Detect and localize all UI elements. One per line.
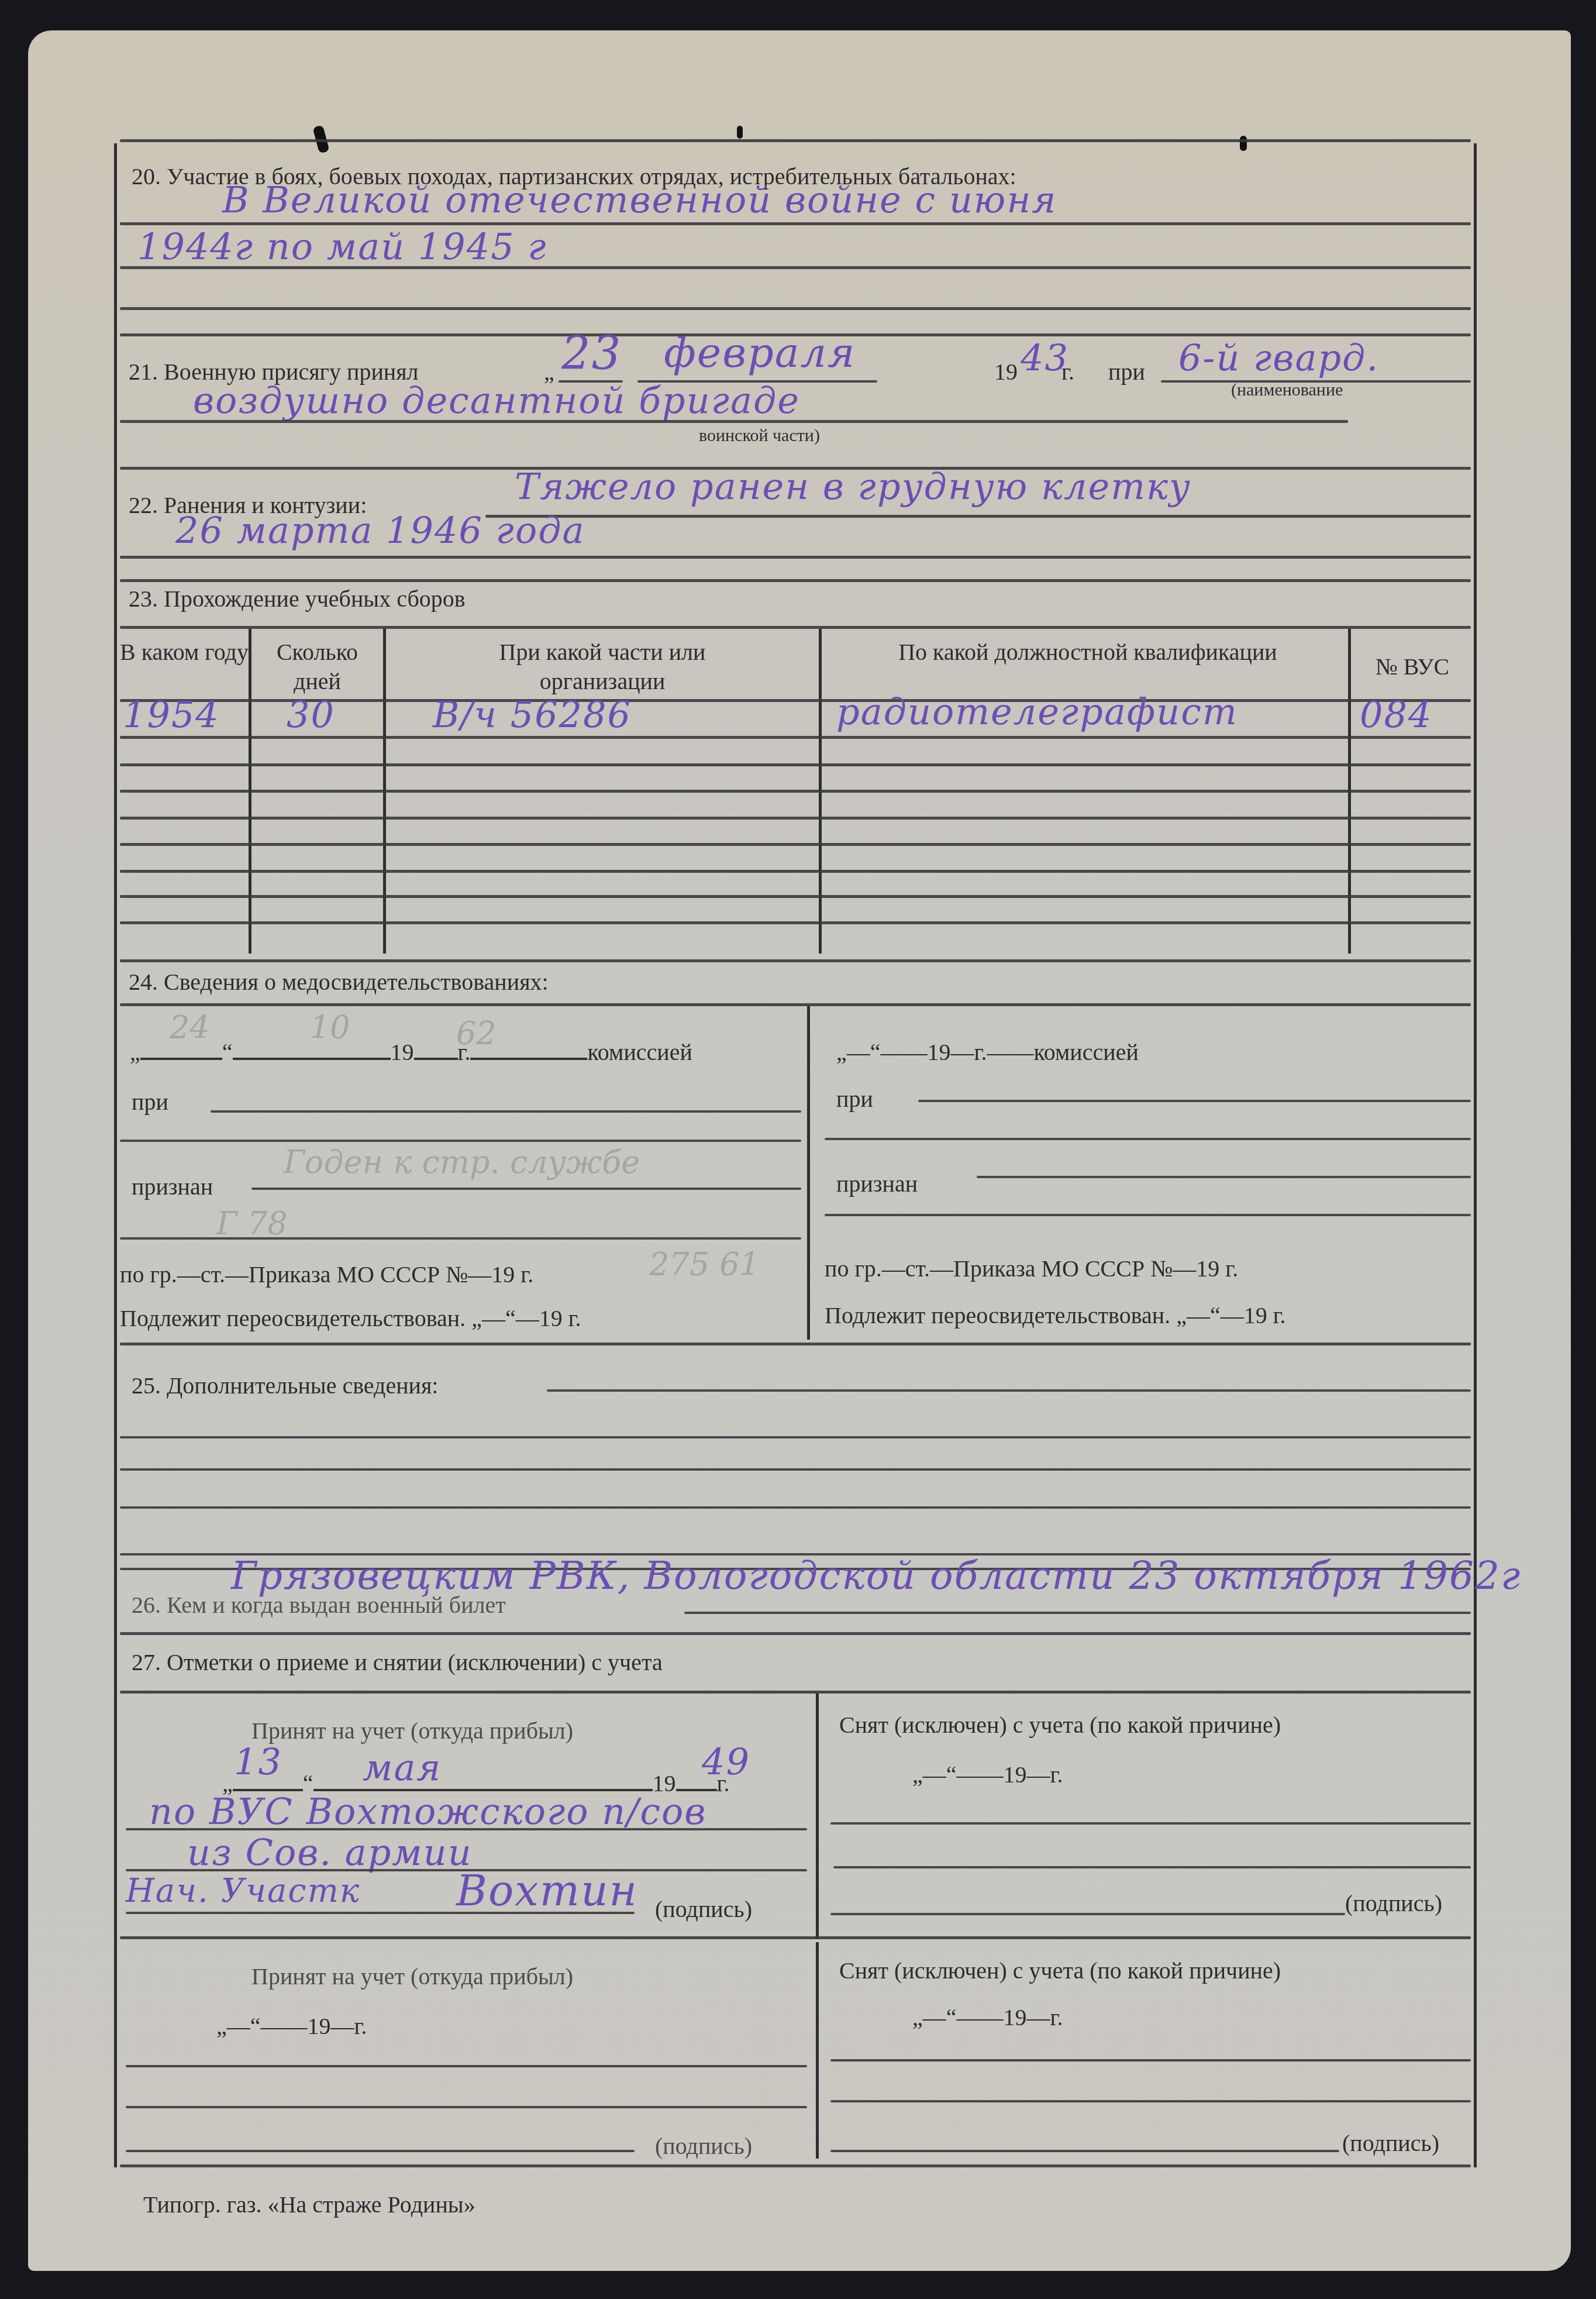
med-left-group-pencil: Г 78 xyxy=(216,1205,288,1242)
col-header-unit: При какой части или организации xyxy=(444,638,760,696)
ticket-issued-by: Грязовецким РВК, Вологодской области 23 … xyxy=(231,1553,1521,1598)
rule xyxy=(830,1913,1345,1915)
rule xyxy=(830,2059,1471,2061)
med-left-date-line: „“19г.комиссией xyxy=(130,1038,692,1066)
year-unit: г. xyxy=(1061,358,1074,386)
accepted-1-month: мая xyxy=(363,1746,442,1789)
accepted-2-date: „—“——19—г. xyxy=(216,2012,367,2040)
rule xyxy=(120,1237,801,1240)
rule xyxy=(120,1632,1471,1635)
oath-month: февраля xyxy=(664,329,856,377)
frame-bottom xyxy=(120,2164,1471,2167)
accepted-1-line1: по ВУС Вохтожского п/сов xyxy=(149,1790,706,1833)
rule xyxy=(211,1110,801,1113)
table-cell-year: 1954 xyxy=(123,693,220,736)
rule xyxy=(830,1822,1471,1825)
med-left-declared-value: Годен к стр. службе xyxy=(284,1144,640,1181)
accepted-1-day: 13 xyxy=(234,1740,282,1783)
rule xyxy=(485,515,1471,518)
col-header-year: В каком году xyxy=(120,638,249,667)
wounds-line1: Тяжело ранен в грудную клетку xyxy=(515,465,1191,508)
col-header-qualification: По какой должностной квалификации xyxy=(889,638,1287,667)
rule xyxy=(120,1936,1471,1939)
section-20-value-line1: В Великой отечественной войне с июня xyxy=(222,178,1057,221)
wounds-line2: 26 марта 1946 года xyxy=(175,509,585,552)
unit-hint-1: (наименование xyxy=(1231,380,1343,400)
table-top xyxy=(120,626,1471,629)
rule xyxy=(120,1436,1471,1438)
table-row-line xyxy=(120,763,1471,766)
col-header-vus: № ВУС xyxy=(1351,652,1474,682)
med-left-month: 10 xyxy=(310,1009,350,1046)
accepted-1-year: 49 xyxy=(702,1740,750,1783)
rule xyxy=(120,1468,1471,1471)
removed-2-date: „—“——19—г. xyxy=(912,2004,1063,2031)
med-left-at: при xyxy=(132,1088,168,1116)
rule xyxy=(830,2100,1471,2102)
frame-top xyxy=(120,139,1471,142)
signature-label: (подпись) xyxy=(655,1895,752,1923)
med-left-year: 62 xyxy=(456,1015,497,1052)
med-right-date-line: „—“——19—г.——комиссией xyxy=(836,1038,1139,1066)
rule xyxy=(126,1828,807,1830)
signature-label: (подпись) xyxy=(655,2132,752,2160)
rule xyxy=(120,579,1471,582)
accepted-1-line2: из Сов. армии xyxy=(187,1831,473,1874)
med-left-day: 24 xyxy=(170,1009,210,1046)
table-cell-vus: 084 xyxy=(1360,693,1432,736)
punch-hole xyxy=(737,126,743,139)
rule xyxy=(120,1140,801,1142)
punch-hole xyxy=(1240,136,1247,151)
section-27-divider xyxy=(816,1694,819,1939)
table-row-line xyxy=(120,843,1471,846)
rule xyxy=(547,1389,1471,1392)
accepted-label-2: Принят на учет (откуда прибыл) xyxy=(251,1963,573,1990)
rule xyxy=(684,1612,1471,1614)
med-left-order-pencil: 275 61 xyxy=(649,1246,760,1283)
signature-label: (подпись) xyxy=(1345,1890,1442,1917)
med-right-recheck: Подлежит переосвидетельствован. „—“—19 г… xyxy=(825,1302,1286,1329)
rule xyxy=(120,1003,1471,1006)
section-27-divider xyxy=(816,1942,819,2159)
rule xyxy=(120,556,1471,559)
med-left-declared-label: признан xyxy=(132,1173,213,1200)
med-right-at: при xyxy=(836,1085,873,1113)
accepted-1-signature: Вохтин xyxy=(456,1866,638,1915)
med-right-group-line: по гр.—ст.—Приказа МО СССР №—19 г. xyxy=(825,1255,1238,1282)
rule xyxy=(830,2150,1339,2152)
table-row-line xyxy=(120,817,1471,820)
col-header-days: Сколько дней xyxy=(251,638,383,696)
table-row-line xyxy=(120,736,1471,739)
rule xyxy=(977,1176,1471,1178)
at-label: при xyxy=(1108,358,1145,386)
year-prefix: 19 xyxy=(994,358,1018,386)
accepted-label-1: Принят на учет (откуда прибыл) xyxy=(251,1717,573,1744)
frame-left xyxy=(114,143,117,2167)
section-25-label: 25. Дополнительные сведения: xyxy=(132,1372,438,1399)
table-row-line xyxy=(120,895,1471,898)
table-row-line xyxy=(120,870,1471,873)
rule xyxy=(918,1100,1471,1102)
printer-imprint: Типогр. газ. «На страже Родины» xyxy=(143,2191,475,2218)
rule xyxy=(833,1866,1471,1868)
removed-label-1: Снят (исключен) с учета (по какой причин… xyxy=(839,1711,1281,1739)
table-cell-days: 30 xyxy=(287,693,335,736)
signature-label: (подпись) xyxy=(1342,2129,1439,2157)
frame-right xyxy=(1474,143,1477,2167)
removed-label-2: Снят (исключен) с учета (по какой причин… xyxy=(839,1957,1281,1984)
table-cell-unit: В/ч 56286 xyxy=(433,693,632,736)
rule xyxy=(126,2106,807,2108)
oath-unit-line1: 6-й гвард. xyxy=(1178,336,1379,379)
med-left-group-line: по гр.—ст.—Приказа МО СССР №—19 г. xyxy=(120,1261,533,1288)
table-row-line xyxy=(120,790,1471,793)
med-left-recheck: Подлежит переосвидетельствован. „—“—19 г… xyxy=(120,1305,581,1332)
section-20-value-line2: 1944г по май 1945 г xyxy=(137,225,547,268)
rule xyxy=(126,2065,807,2067)
section-27-label: 27. Отметки о приеме и снятии (исключени… xyxy=(132,1648,663,1676)
oath-day: 23 xyxy=(561,328,622,380)
rule xyxy=(126,2150,635,2152)
rule xyxy=(251,1188,801,1190)
rule xyxy=(825,1138,1471,1140)
med-right-declared-label: признан xyxy=(836,1170,918,1197)
oath-unit-line2: воздушно десантной бригаде xyxy=(193,379,800,422)
section-24-label: 24. Сведения о медосвидетельствованиях: xyxy=(129,968,549,996)
section-23-label: 23. Прохождение учебных сборов xyxy=(129,585,466,612)
table-row-line xyxy=(120,921,1471,924)
rule xyxy=(126,1912,635,1914)
table-cell-qualification: радиотелеграфист xyxy=(836,690,1238,733)
rule xyxy=(120,1691,1471,1694)
rule xyxy=(120,420,1348,423)
accepted-1-line3: Нач. Участк xyxy=(126,1872,360,1910)
rule xyxy=(825,1214,1471,1216)
rule xyxy=(120,266,1471,269)
unit-hint-2: воинской части) xyxy=(699,426,820,446)
rule xyxy=(120,307,1471,310)
rule xyxy=(120,1343,1471,1345)
table-bottom xyxy=(120,959,1471,962)
section-24-divider xyxy=(807,1006,810,1340)
removed-1-date: „—“——19—г. xyxy=(912,1761,1063,1788)
rule xyxy=(120,1506,1471,1509)
